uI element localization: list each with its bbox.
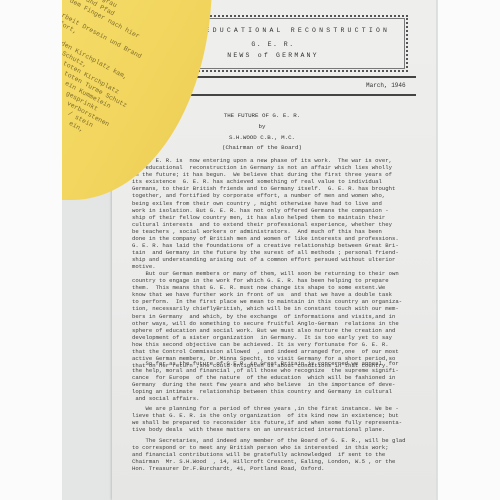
paragraph-line: be teachers , social workers or administ… bbox=[132, 228, 422, 235]
paragraph-line: in the future; it has begun. We believe … bbox=[132, 171, 422, 178]
paragraph-line: other ways, will do something to secure … bbox=[132, 320, 422, 327]
paragraph-line: together, and fortified by corporate eff… bbox=[132, 192, 422, 199]
paragraph-line: lieve that G. E. R. is the only organiza… bbox=[132, 412, 422, 419]
paragraph-line: Chairman Mr. S.H.Wood , 14, Hillcroft Cr… bbox=[132, 458, 422, 465]
paragraph-line: and financial contributions will be grat… bbox=[132, 451, 422, 458]
paragraph-line: the help, moral and financial ,of all th… bbox=[132, 367, 422, 374]
paragraph-line: work in isolation. But G. E. R. has not … bbox=[132, 207, 422, 214]
paragraph-line: that the Control Commission allowed , an… bbox=[132, 348, 422, 355]
paragraph-line: bers in Germany and which, by the exchan… bbox=[132, 313, 422, 320]
article-paragraph: G. E. R. is now entering upon a new phas… bbox=[132, 157, 422, 271]
paragraph-line: G. E. R. is now entering upon a new phas… bbox=[132, 157, 422, 164]
paragraph-line: So far as the future of G.E.R. in Great … bbox=[132, 360, 422, 367]
paragraph-line: being exiles from their own country , mi… bbox=[132, 200, 422, 207]
paragraph-line: development of a sister organization in … bbox=[132, 334, 422, 341]
article-paragraph: The Secretaries, and indeed any member o… bbox=[132, 437, 422, 472]
paragraph-line: The Secretaries, and indeed any member o… bbox=[132, 437, 422, 444]
paragraph-line: Hon. Treasurer Dr.F.Burchardt, 41, Portl… bbox=[132, 465, 422, 472]
paragraph-line: and educational reconstruction in German… bbox=[132, 164, 422, 171]
paragraph-line: tive body deals with these matters on an… bbox=[132, 426, 422, 433]
article-paragraph: So far as the future of G.E.R. in Great … bbox=[132, 360, 422, 403]
paragraph-line: them. This means that G. E. R. must now … bbox=[132, 284, 422, 291]
paragraph-line: we shall be prepared to reconsider its f… bbox=[132, 419, 422, 426]
paragraph-line: But our German members or many of them, … bbox=[132, 270, 422, 277]
paragraph-line: its existence G. E. R. has achieved some… bbox=[132, 178, 422, 185]
dateline-date: March, 1946 bbox=[366, 82, 406, 89]
paragraph-line: cultural interests and to extend their p… bbox=[132, 221, 422, 228]
paragraph-line: done in the company of British men and w… bbox=[132, 235, 422, 242]
paragraph-line: Germany during the next few years and wh… bbox=[132, 381, 422, 388]
paragraph-line: ship and understanding arising out of a … bbox=[132, 256, 422, 263]
paragraph-line: cance for Europe of the nature of the ed… bbox=[132, 374, 422, 381]
paragraph-line: ship of their fellow country men, it has… bbox=[132, 214, 422, 221]
paragraph-line: tain and Germany in the future by the su… bbox=[132, 249, 422, 256]
paragraph-line: country to engage in the work for which … bbox=[132, 277, 422, 284]
paragraph-line: G. E. R. has laid the foundations of a c… bbox=[132, 242, 422, 249]
paragraph-line: how this second objective can be achieve… bbox=[132, 341, 422, 348]
paragraph-line: know that we have further work in front … bbox=[132, 291, 422, 298]
paragraph-line: to correspond or to meet any British per… bbox=[132, 444, 422, 451]
paragraph-line: Germans, to their British friends and to… bbox=[132, 185, 422, 192]
paragraph-line: and social affairs. bbox=[132, 395, 422, 402]
article-paragraph: We are planning for a period of three ye… bbox=[132, 405, 422, 433]
paragraph-line: loping an intimate relationship between … bbox=[132, 388, 422, 395]
paragraph-line: sphere of education and social work. But… bbox=[132, 327, 422, 334]
paragraph-line: to perform. In the first place we mean t… bbox=[132, 298, 422, 305]
article-paragraph: But our German members or many of them, … bbox=[132, 270, 422, 369]
paragraph-line: We are planning for a period of three ye… bbox=[132, 405, 422, 412]
paragraph-line: tion, necessarily chieflyBritish, which … bbox=[132, 305, 422, 312]
